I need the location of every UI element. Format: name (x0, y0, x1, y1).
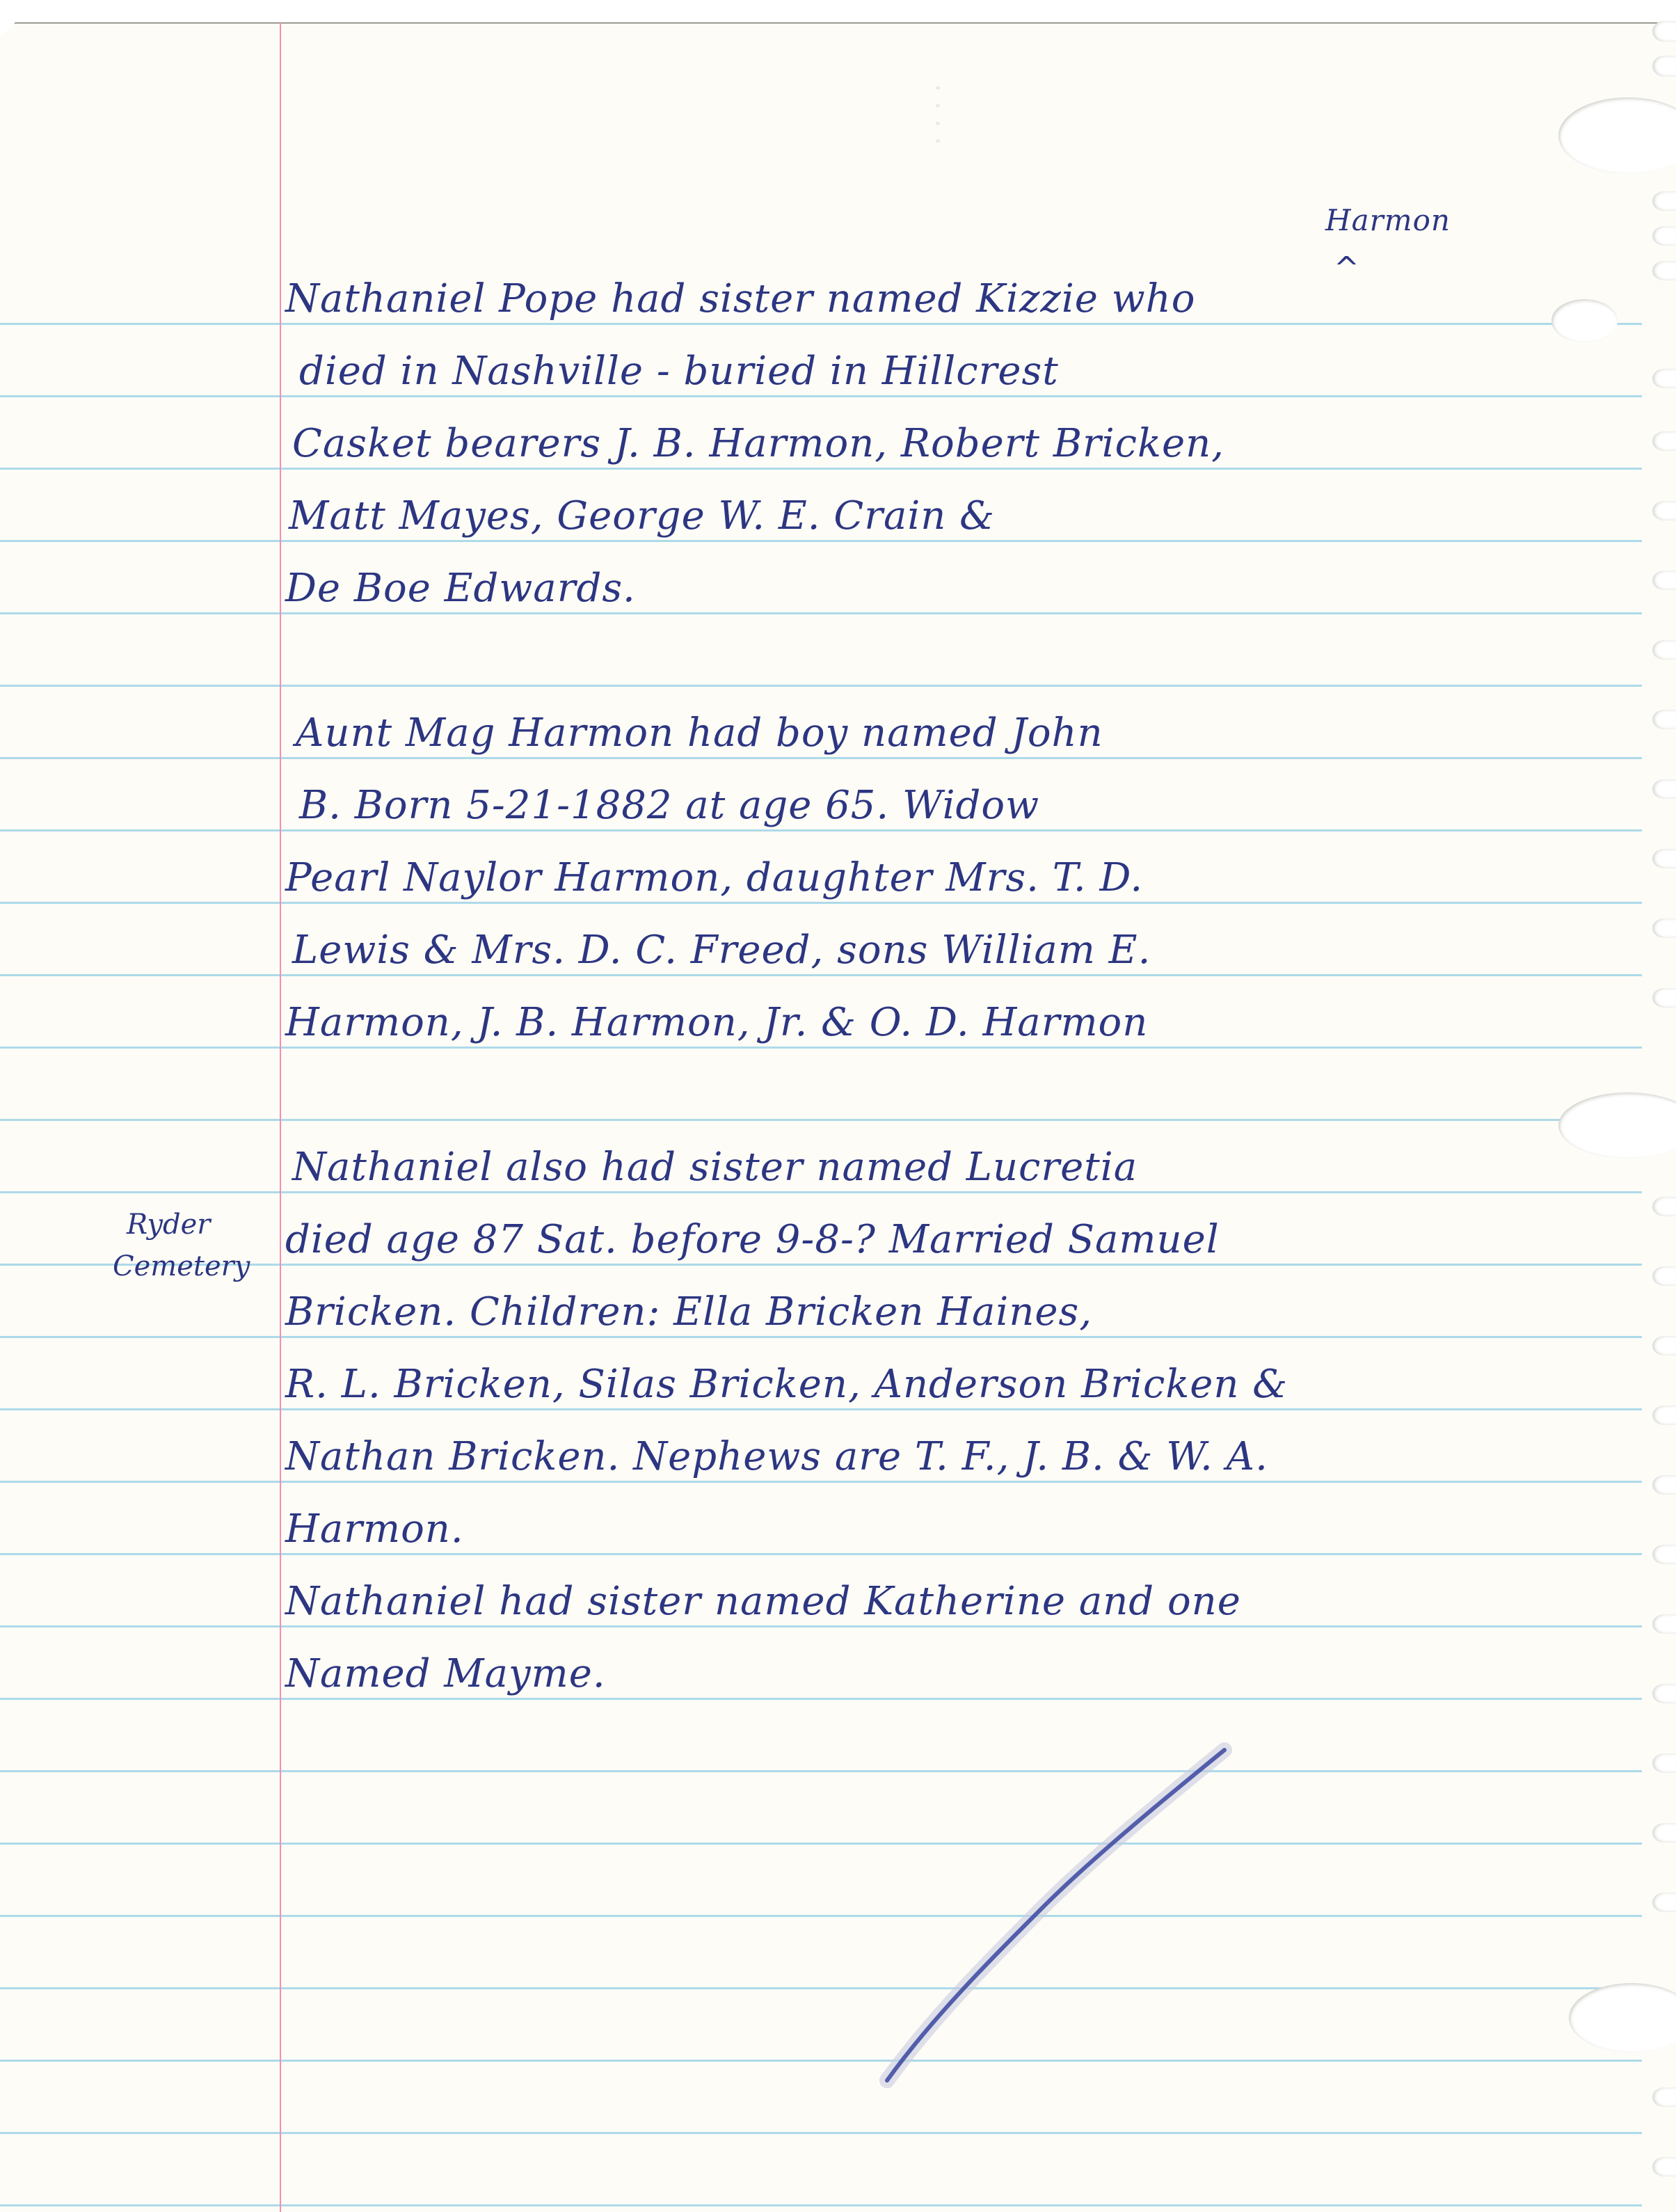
handwritten-line: Nathaniel Pope had sister named Kizzie w… (285, 280, 1195, 319)
perforation-tear (1652, 1684, 1676, 1703)
ruled-line (0, 1047, 1642, 1049)
ruled-line (0, 468, 1642, 470)
handwritten-line: Harmon. (285, 1510, 464, 1549)
perforation-tear (1652, 640, 1676, 660)
perforation-tear (1652, 191, 1676, 211)
perforation-tear (1652, 1406, 1676, 1425)
ruled-line (0, 685, 1642, 687)
margin-note-ryder: Ryder (127, 1211, 210, 1239)
perforation-tear (1652, 571, 1676, 590)
ruled-line (0, 1698, 1642, 1700)
perforation-tear (1652, 501, 1676, 520)
handwritten-line: died in Nashville - buried in Hillcrest (299, 352, 1059, 391)
ruled-line (0, 2204, 1642, 2206)
perforation-tear (1652, 369, 1676, 388)
margin-line (280, 22, 281, 2212)
handwritten-line: Nathaniel also had sister named Lucretia (292, 1148, 1138, 1187)
binder-hole (1551, 299, 1618, 342)
perforation-tear (1652, 710, 1676, 729)
ruled-line (0, 1408, 1642, 1410)
ruled-line (0, 612, 1642, 614)
perforation-tear (1652, 1823, 1676, 1843)
handwritten-line: Aunt Mag Harmon had boy named John (296, 714, 1103, 753)
perforation-tear (1652, 1266, 1676, 1286)
ruled-line (0, 1481, 1642, 1483)
handwritten-line: De Boe Edwards. (285, 569, 636, 608)
ruled-line (0, 974, 1642, 976)
ruled-line (0, 1119, 1642, 1121)
handwritten-line: Nathan Bricken. Nephews are T. F., J. B.… (285, 1438, 1268, 1477)
ruled-line (0, 2132, 1642, 2134)
ruled-line (0, 1553, 1642, 1555)
pen-scribble-mark (863, 1733, 1252, 2108)
perforation-tear (1652, 2157, 1676, 2177)
perforation-tear (1652, 1753, 1676, 1773)
ruled-line (0, 1336, 1642, 1338)
perforation-tear (1652, 21, 1676, 42)
perforation-tear (1652, 1893, 1676, 1912)
handwritten-line: Pearl Naylor Harmon, daughter Mrs. T. D. (285, 859, 1143, 898)
ruled-line (0, 1625, 1642, 1628)
ruled-line (0, 829, 1642, 832)
handwritten-line: B. Born 5-21-1882 at age 65. Widow (299, 786, 1039, 825)
perforation-tear (1652, 226, 1676, 246)
ruled-line (0, 757, 1642, 759)
perforation-tear (1652, 1545, 1676, 1564)
handwritten-line: Named Mayme. (285, 1655, 606, 1694)
handwritten-line: Nathaniel had sister named Katherine and… (285, 1582, 1241, 1621)
perforation-tear (1652, 56, 1676, 77)
ruled-line (0, 1915, 1642, 1917)
perforation-tear (1652, 849, 1676, 868)
handwritten-line: Matt Mayes, George W. E. Crain & (289, 497, 995, 536)
handwritten-line: R. L. Bricken, Silas Bricken, Anderson B… (285, 1365, 1288, 1404)
perforation-tear (1652, 1336, 1676, 1355)
insertion-harmon: Harmon (1325, 206, 1451, 235)
perforation-tear (1652, 431, 1676, 451)
perforation-tear (1652, 261, 1676, 280)
perforation-tear (1652, 918, 1676, 938)
ruled-line (0, 1191, 1642, 1193)
ruled-line (0, 540, 1642, 542)
insertion-caret: ^ (1334, 250, 1359, 286)
perforation-tear (1652, 779, 1676, 799)
perforation-tear (1652, 1614, 1676, 1634)
ruled-line (0, 1843, 1642, 1845)
ruled-line (0, 323, 1642, 325)
ruled-line (0, 1770, 1642, 1772)
perforation-tear (1652, 2087, 1676, 2107)
ruled-line (0, 902, 1642, 904)
perforation-tear (1652, 1197, 1676, 1216)
handwritten-line: died age 87 Sat. before 9-8-? Married Sa… (285, 1220, 1220, 1259)
ruled-line (0, 1987, 1642, 1989)
handwritten-line: Lewis & Mrs. D. C. Freed, sons William E… (292, 931, 1151, 970)
perforation-tear (1652, 988, 1676, 1008)
ruled-line (0, 2060, 1642, 2062)
handwritten-line: Harmon, J. B. Harmon, Jr. & O. D. Harmon (285, 1003, 1148, 1042)
margin-note-cemetery: Cemetery (113, 1252, 250, 1280)
handwritten-line: Bricken. Children: Ella Bricken Haines, (285, 1293, 1092, 1332)
perforation-tear (1652, 1475, 1676, 1495)
bleed-through-text: · · · · (921, 83, 953, 145)
ruled-line (0, 395, 1642, 397)
handwritten-line: Casket bearers J. B. Harmon, Robert Bric… (292, 424, 1224, 463)
